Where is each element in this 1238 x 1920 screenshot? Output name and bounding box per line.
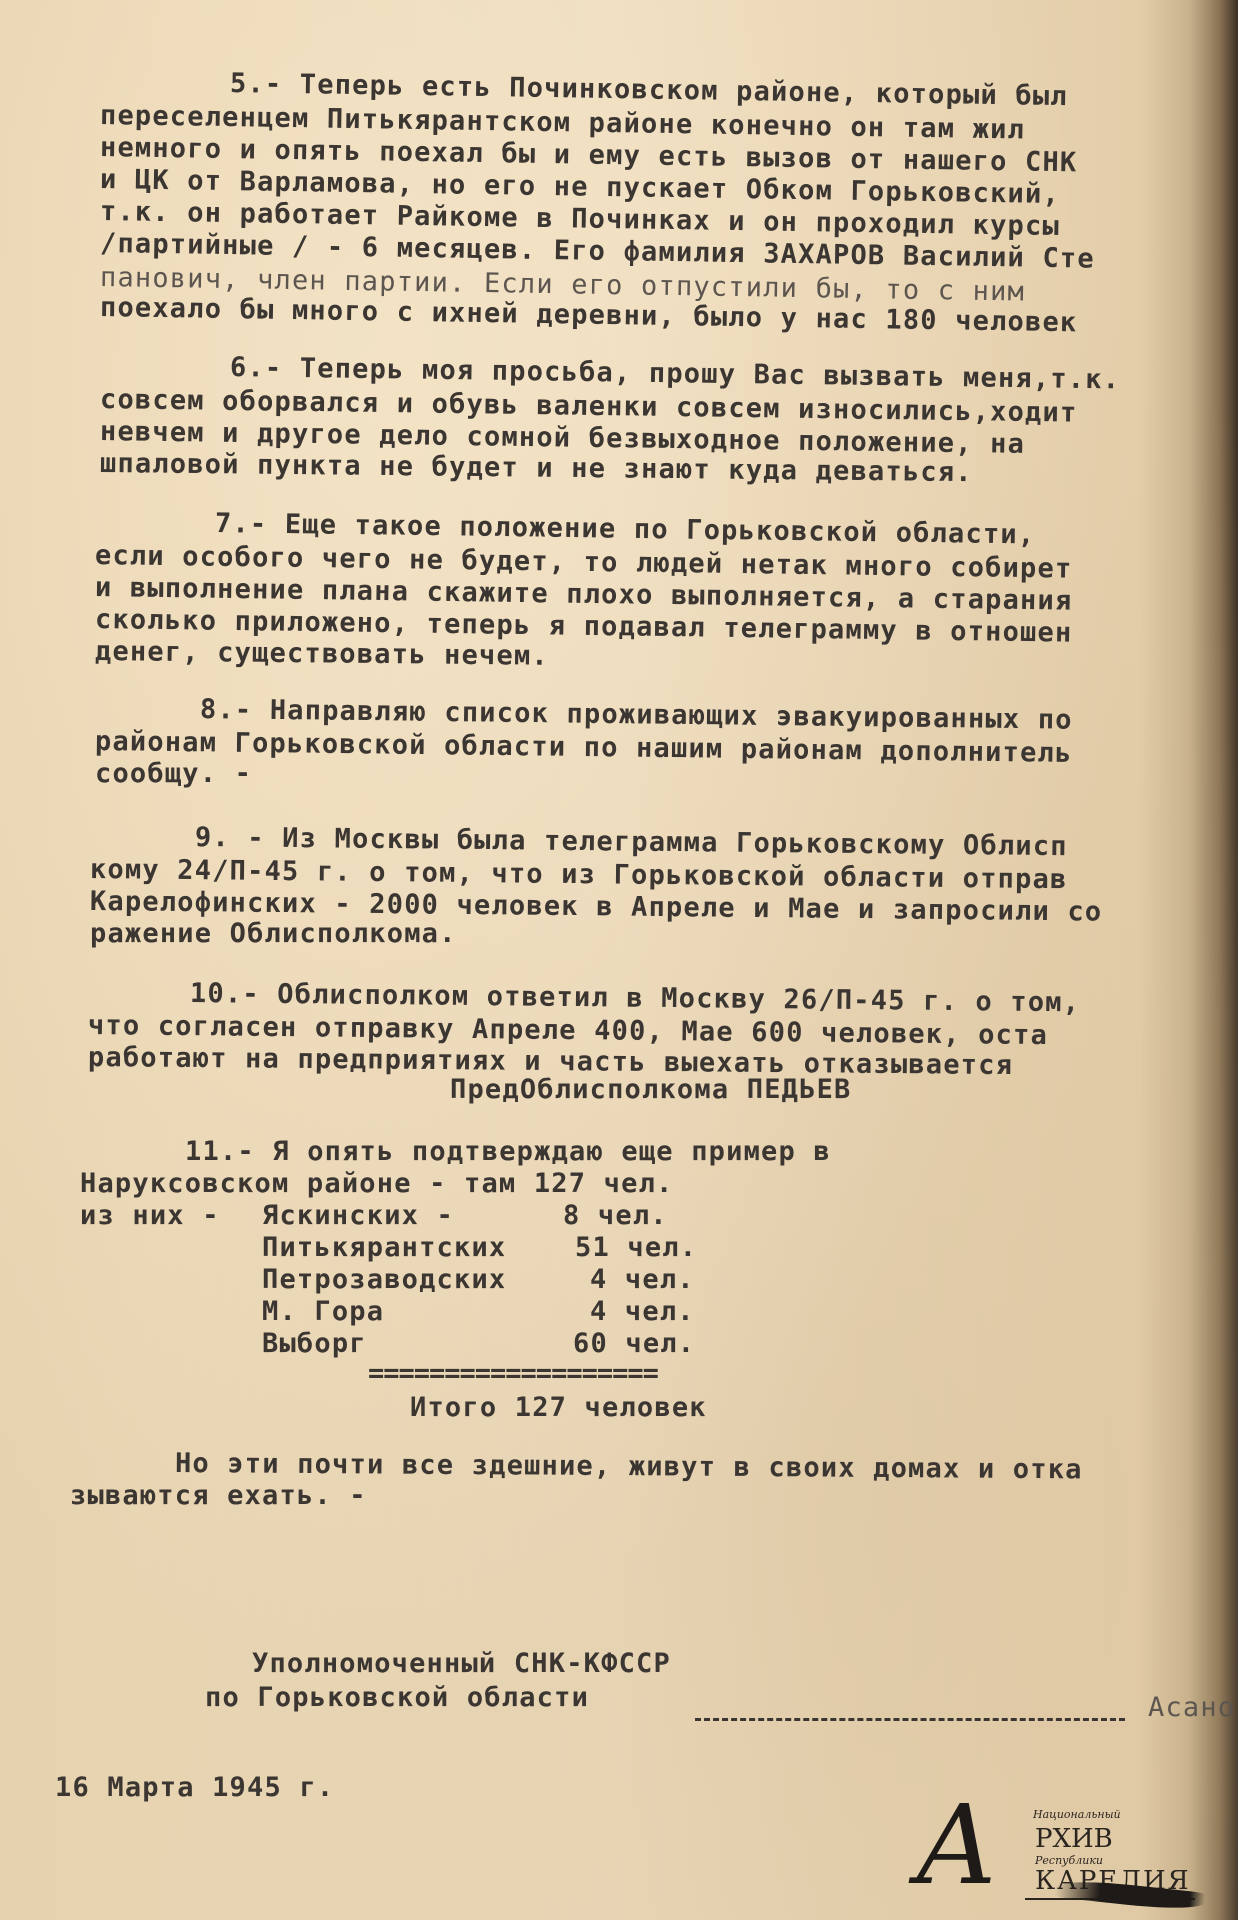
text-line: 11.- Я опять подтверждаю еще пример в xyxy=(185,1136,831,1167)
text-line: из них - xyxy=(80,1200,220,1231)
table-row-name: Выборг xyxy=(262,1328,367,1359)
archive-logo: А Национальный РХИВ Республики КАРЕЛИЯ xyxy=(915,1800,1215,1910)
text-line: зываются ехать. - xyxy=(70,1480,367,1511)
signatory-line: ПредОблисполкома ПЕДЬЕВ xyxy=(450,1074,851,1105)
text-line: сообщу. - xyxy=(95,758,252,789)
table-row-count: 8 чел. xyxy=(563,1200,668,1231)
table-row-count: 60 чел. xyxy=(573,1328,695,1359)
table-row-count: 51 чел. xyxy=(575,1232,697,1263)
signatory-region: по Горьковской области xyxy=(205,1682,589,1713)
text-line: Наруксовском районе - там 127 чел. xyxy=(80,1168,673,1199)
text-line: денег, существовать нечем. xyxy=(95,636,549,672)
table-row-count: 4 чел. xyxy=(590,1296,695,1327)
table-row-name: Яскинских - xyxy=(262,1200,454,1231)
table-row-count: 4 чел. xyxy=(590,1264,695,1295)
table-row-name: Петрозаводских xyxy=(262,1264,506,1295)
signatory-title: Уполномоченный СНК-КФССР xyxy=(252,1648,671,1679)
table-separator: =================== xyxy=(368,1358,658,1389)
signatory-name: Асано xyxy=(1148,1692,1235,1723)
logo-letter-a: А xyxy=(915,1790,998,1900)
signature-line xyxy=(695,1718,1125,1721)
table-row-name: М. Гора xyxy=(262,1296,384,1327)
document-date: 16 Марта 1945 г. xyxy=(55,1772,334,1803)
text-line: ражение Облисполкома. xyxy=(90,918,457,949)
document-page: 5.- Теперь есть Починковском районе, кот… xyxy=(0,0,1238,1920)
table-row-name: Питькярантских xyxy=(262,1232,506,1263)
logo-text-archive: РХИВ xyxy=(1035,1824,1113,1854)
table-total: Итого 127 человек xyxy=(410,1392,707,1423)
logo-text-national: Национальный xyxy=(1033,1808,1121,1821)
